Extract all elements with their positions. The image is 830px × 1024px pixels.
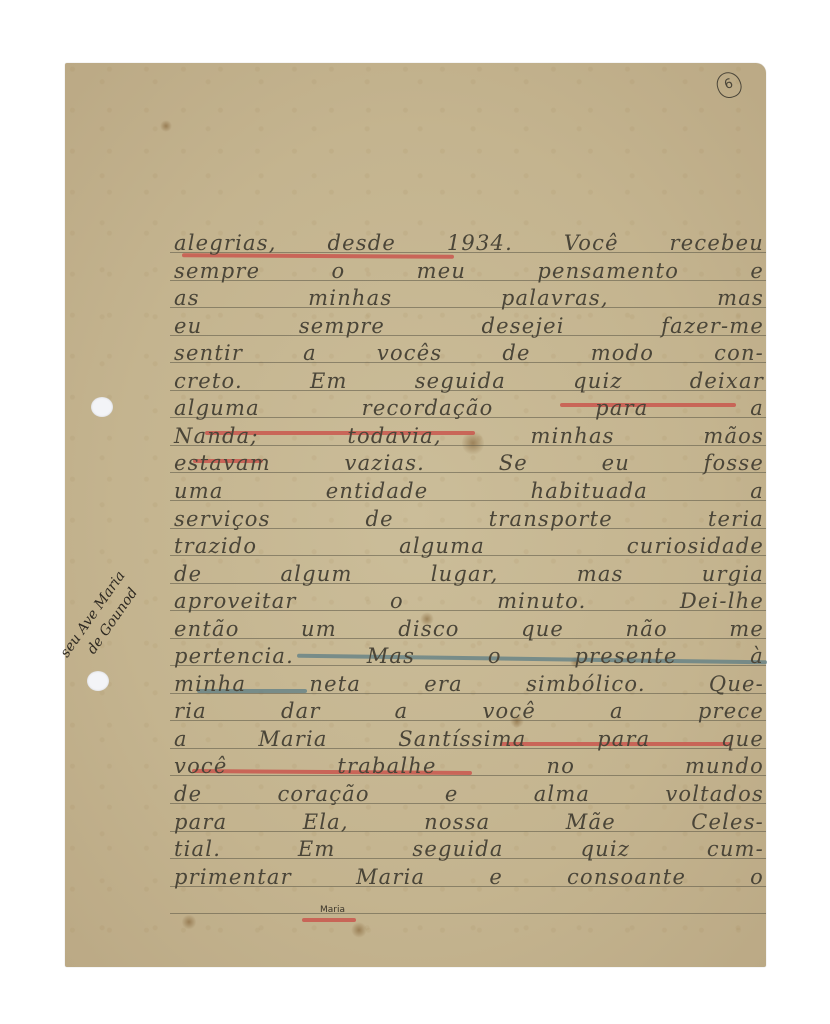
word: a xyxy=(610,698,624,725)
manuscript-line: decoraçãoealmavoltados xyxy=(174,781,764,808)
word: o xyxy=(488,643,502,670)
ruled-line xyxy=(170,913,766,914)
word: que xyxy=(521,616,564,643)
manuscript-line: paraEla,nossaMãeCeles- xyxy=(174,809,764,836)
word: alegrias, xyxy=(174,230,277,257)
word: que xyxy=(721,726,764,753)
punch-hole-bottom xyxy=(87,671,109,691)
word: a xyxy=(750,395,764,422)
word: e xyxy=(489,864,503,891)
word: alma xyxy=(534,781,590,808)
word: eu xyxy=(174,313,202,340)
punch-hole-top xyxy=(91,397,113,417)
word: minhas xyxy=(530,423,614,450)
manuscript-line: vocêtrabalhenomundo xyxy=(174,753,764,780)
manuscript-line: algumarecordaçãoparaa xyxy=(174,395,764,422)
word: minuto. xyxy=(497,588,586,615)
word: fazer-me xyxy=(661,313,764,340)
manuscript-line: alegrias,desde1934.Vocêrecebeu xyxy=(174,230,764,257)
word: um xyxy=(301,616,337,643)
word: vocês xyxy=(377,340,442,367)
word: você xyxy=(482,698,536,725)
word: tial. xyxy=(174,836,221,863)
manuscript-line: aMariaSantíssimaparaque xyxy=(174,726,764,753)
word: Santíssima xyxy=(398,726,526,753)
word: o xyxy=(390,588,404,615)
word: não xyxy=(626,616,668,643)
word: todavia, xyxy=(347,423,441,450)
word: para xyxy=(595,395,648,422)
word: con- xyxy=(714,340,764,367)
manuscript-line: estavamvazias.Seeufosse xyxy=(174,450,764,477)
manuscript-line: trazidoalgumacuriosidade xyxy=(174,533,764,560)
word: aproveitar xyxy=(174,588,297,615)
word: e xyxy=(445,781,459,808)
word: disco xyxy=(398,616,459,643)
word: Mas xyxy=(367,643,415,670)
word: estavam xyxy=(174,450,271,477)
word: a xyxy=(174,726,188,753)
word: de xyxy=(502,340,530,367)
word: voltados xyxy=(665,781,764,808)
word: pertencia. xyxy=(174,643,294,670)
word: urgia xyxy=(702,561,764,588)
manuscript-line: primentarMariaeconsoanteo xyxy=(174,864,764,891)
word: mundo xyxy=(685,753,764,780)
manuscript-line: asminhaspalavras,mas xyxy=(174,285,764,312)
word: recordação xyxy=(362,395,494,422)
word: deixar xyxy=(690,368,764,395)
word: Em xyxy=(298,836,336,863)
word: habituada xyxy=(531,478,648,505)
word: à xyxy=(750,643,764,670)
paper-stain xyxy=(160,120,172,132)
word: teria xyxy=(708,506,764,533)
word: no xyxy=(546,753,575,780)
word: dar xyxy=(281,698,321,725)
word: então xyxy=(174,616,240,643)
word: alguma xyxy=(174,395,260,422)
paper-stain xyxy=(351,922,367,938)
word: era xyxy=(424,671,463,698)
manuscript-line: umaentidadehabituadaa xyxy=(174,478,764,505)
word: sempre xyxy=(174,258,260,285)
manuscript-line: sempreomeupensamentoe xyxy=(174,258,764,285)
word: de xyxy=(174,561,202,588)
manuscript-line: minhanetaerasimbólico.Que- xyxy=(174,671,764,698)
manuscript-line: creto.Emseguidaquizdeixar xyxy=(174,368,764,395)
manuscript-line: dealgumlugar,masurgia xyxy=(174,561,764,588)
paper-stain xyxy=(182,914,196,930)
word: nossa xyxy=(424,809,490,836)
word: seguida xyxy=(412,836,503,863)
word: mãos xyxy=(703,423,764,450)
word: sentir xyxy=(174,340,243,367)
word: eu xyxy=(602,450,630,477)
red-underline xyxy=(302,918,356,922)
word: meu xyxy=(417,258,466,285)
word: simbólico. xyxy=(526,671,646,698)
word: de xyxy=(174,781,202,808)
word: Maria xyxy=(258,726,327,753)
word: Maria xyxy=(356,864,425,891)
word: quiz xyxy=(573,368,623,395)
manuscript-line: eusempredesejeifazer-me xyxy=(174,313,764,340)
word: as xyxy=(174,285,200,312)
word: curiosidade xyxy=(627,533,764,560)
word: o xyxy=(750,864,764,891)
manuscript-line: Nanda;todavia,minhasmãos xyxy=(174,423,764,450)
word: recebeu xyxy=(670,230,764,257)
word: Em xyxy=(310,368,348,395)
word: vazias. xyxy=(345,450,426,477)
word: Se xyxy=(499,450,528,477)
word: trabalhe xyxy=(337,753,436,780)
word: minha xyxy=(174,671,246,698)
word: presente xyxy=(574,643,677,670)
word: 1934. xyxy=(447,230,513,257)
word: sempre xyxy=(299,313,385,340)
word: a xyxy=(395,698,409,725)
word: para xyxy=(174,809,227,836)
word: a xyxy=(750,478,764,505)
word: trazido xyxy=(174,533,257,560)
word: Dei-lhe xyxy=(680,588,764,615)
word: Você xyxy=(564,230,619,257)
inline-insertion: Maria xyxy=(320,905,345,915)
word: mas xyxy=(717,285,764,312)
word: uma xyxy=(174,478,224,505)
word: de xyxy=(365,506,393,533)
word: transporte xyxy=(489,506,613,533)
word: cum- xyxy=(707,836,764,863)
manuscript-line: sentiravocêsdemodocon- xyxy=(174,340,764,367)
word: quiz xyxy=(580,836,630,863)
word: me xyxy=(729,616,764,643)
word: Mãe xyxy=(566,809,616,836)
word: alguma xyxy=(399,533,485,560)
word: você xyxy=(174,753,228,780)
word: lugar, xyxy=(431,561,499,588)
word: desde xyxy=(327,230,396,257)
word: desejei xyxy=(482,313,565,340)
word: Que- xyxy=(709,671,764,698)
word: para xyxy=(597,726,650,753)
word: Nanda; xyxy=(174,423,259,450)
word: modo xyxy=(591,340,654,367)
word: neta xyxy=(309,671,361,698)
manuscript-line: serviçosdetransporteteria xyxy=(174,506,764,533)
word: algum xyxy=(280,561,352,588)
word: serviços xyxy=(174,506,271,533)
manuscript-line: pertencia.Masopresenteà xyxy=(174,643,764,670)
manuscript-line: aproveitarominuto.Dei-lhe xyxy=(174,588,764,615)
word: Celes- xyxy=(691,809,764,836)
word: o xyxy=(332,258,346,285)
word: coração xyxy=(277,781,369,808)
word: minhas xyxy=(308,285,392,312)
word: fosse xyxy=(704,450,764,477)
word: ria xyxy=(174,698,207,725)
word: prece xyxy=(698,698,764,725)
word: Ela, xyxy=(303,809,349,836)
word: consoante xyxy=(567,864,686,891)
word: primentar xyxy=(174,864,292,891)
manuscript-line: entãoumdiscoquenãome xyxy=(174,616,764,643)
word: pensamento xyxy=(537,258,679,285)
word: creto. xyxy=(174,368,243,395)
word: e xyxy=(750,258,764,285)
word: a xyxy=(303,340,317,367)
word: palavras, xyxy=(501,285,609,312)
word: seguida xyxy=(415,368,506,395)
word: entidade xyxy=(326,478,429,505)
word: mas xyxy=(577,561,624,588)
manuscript-line: riadaravocêaprece xyxy=(174,698,764,725)
manuscript-line: tial.Emseguidaquizcum- xyxy=(174,836,764,863)
